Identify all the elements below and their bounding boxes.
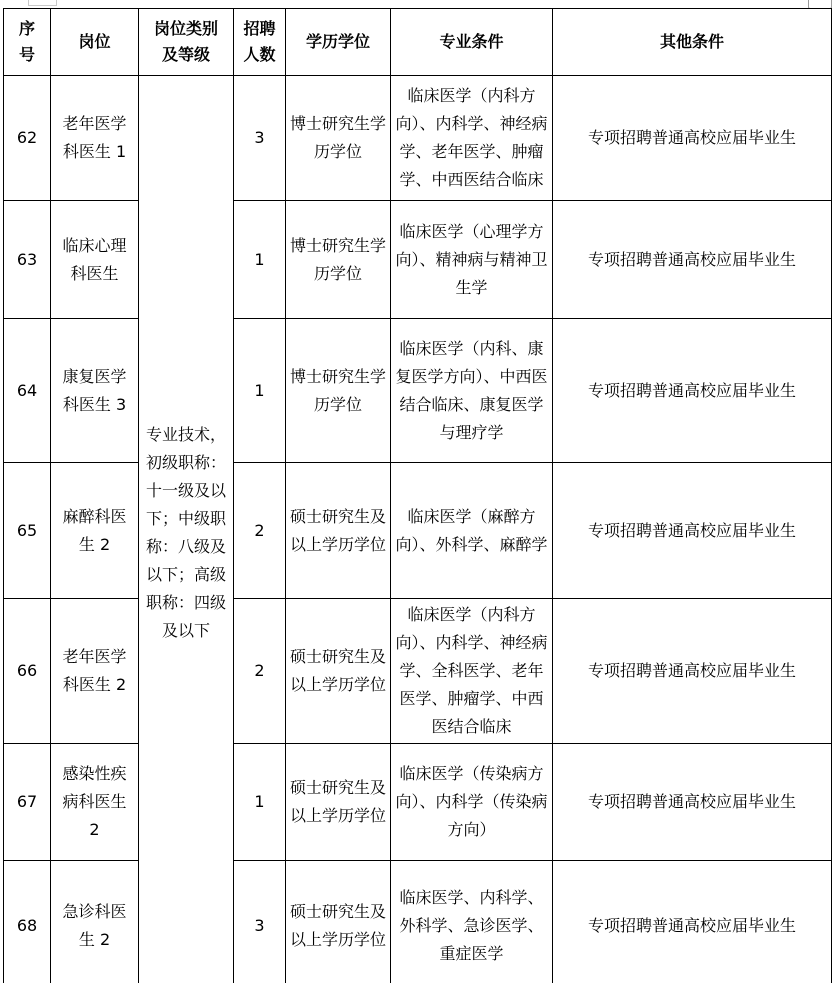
cell-count: 1 — [234, 319, 286, 463]
cell-position: 老年医学科医生 1 — [51, 76, 139, 201]
cell-count: 3 — [234, 861, 286, 983]
cell-other: 专项招聘普通高校应届毕业生 — [553, 463, 832, 599]
page: 序 号 岗位 岗位类别 及等级 招聘 人数 学历学位 专业条件 其他条件 62 … — [0, 0, 834, 983]
cell-count: 3 — [234, 76, 286, 201]
header-category: 岗位类别 及等级 — [139, 9, 234, 76]
table-row: 65 麻醉科医生 2 2 硕士研究生及以上学历学位 临床医学（麻醉方向）、外科学… — [4, 463, 832, 599]
header-row: 序 号 岗位 岗位类别 及等级 招聘 人数 学历学位 专业条件 其他条件 — [4, 9, 832, 76]
cell-position: 康复医学科医生 3 — [51, 319, 139, 463]
cell-other: 专项招聘普通高校应届毕业生 — [553, 861, 832, 983]
cell-major: 临床医学、内科学、外科学、急诊医学、重症医学 — [391, 861, 553, 983]
cell-major: 临床医学（传染病方向）、内科学（传染病方向） — [391, 744, 553, 861]
cell-degree: 硕士研究生及以上学历学位 — [286, 463, 391, 599]
cell-other: 专项招聘普通高校应届毕业生 — [553, 201, 832, 319]
cell-major: 临床医学（麻醉方向）、外科学、麻醉学 — [391, 463, 553, 599]
cell-other: 专项招聘普通高校应届毕业生 — [553, 599, 832, 744]
cell-other: 专项招聘普通高校应届毕业生 — [553, 319, 832, 463]
cropped-cell-artifact-top-left — [28, 0, 57, 6]
cell-position: 急诊科医生 2 — [51, 861, 139, 983]
cell-other: 专项招聘普通高校应届毕业生 — [553, 76, 832, 201]
cell-category-merged: 专业技术，初级职称：十一级及以下；中级职称：八级及以下；高级职称：四级及以下 — [139, 76, 234, 983]
cell-degree: 硕士研究生及以上学历学位 — [286, 599, 391, 744]
table-row: 67 感染性疾病科医生 2 1 硕士研究生及以上学历学位 临床医学（传染病方向）… — [4, 744, 832, 861]
cell-count: 1 — [234, 201, 286, 319]
cell-count: 2 — [234, 599, 286, 744]
header-position: 岗位 — [51, 9, 139, 76]
table-row: 63 临床心理科医生 1 博士研究生学历学位 临床医学（心理学方向）、精神病与精… — [4, 201, 832, 319]
cell-position: 临床心理科医生 — [51, 201, 139, 319]
cell-index: 66 — [4, 599, 51, 744]
header-degree: 学历学位 — [286, 9, 391, 76]
cell-major: 临床医学（内科方向）、内科学、神经病学、老年医学、肿瘤学、中西医结合临床 — [391, 76, 553, 201]
cell-index: 62 — [4, 76, 51, 201]
cell-index: 67 — [4, 744, 51, 861]
table-row: 68 急诊科医生 2 3 硕士研究生及以上学历学位 临床医学、内科学、外科学、急… — [4, 861, 832, 983]
table-row: 66 老年医学科医生 2 2 硕士研究生及以上学历学位 临床医学（内科方向）、内… — [4, 599, 832, 744]
cell-position: 麻醉科医生 2 — [51, 463, 139, 599]
header-major: 专业条件 — [391, 9, 553, 76]
cell-position: 感染性疾病科医生 2 — [51, 744, 139, 861]
cell-degree: 博士研究生学历学位 — [286, 319, 391, 463]
cell-index: 63 — [4, 201, 51, 319]
header-other: 其他条件 — [553, 9, 832, 76]
cell-degree: 博士研究生学历学位 — [286, 76, 391, 201]
cell-position: 老年医学科医生 2 — [51, 599, 139, 744]
recruitment-table: 序 号 岗位 岗位类别 及等级 招聘 人数 学历学位 专业条件 其他条件 62 … — [3, 8, 832, 983]
cell-count: 2 — [234, 463, 286, 599]
cell-count: 1 — [234, 744, 286, 861]
header-index: 序 号 — [4, 9, 51, 76]
cell-major: 临床医学（内科方向）、内科学、神经病学、全科医学、老年医学、肿瘤学、中西医结合临… — [391, 599, 553, 744]
header-count: 招聘 人数 — [234, 9, 286, 76]
cell-degree: 硕士研究生及以上学历学位 — [286, 744, 391, 861]
cell-degree: 博士研究生学历学位 — [286, 201, 391, 319]
cell-index: 65 — [4, 463, 51, 599]
cell-degree: 硕士研究生及以上学历学位 — [286, 861, 391, 983]
cell-index: 68 — [4, 861, 51, 983]
cell-index: 64 — [4, 319, 51, 463]
cell-other: 专项招聘普通高校应届毕业生 — [553, 744, 832, 861]
cell-major: 临床医学（内科、康复医学方向）、中西医结合临床、康复医学与理疗学 — [391, 319, 553, 463]
cell-major: 临床医学（心理学方向）、精神病与精神卫生学 — [391, 201, 553, 319]
table-row: 62 老年医学科医生 1 专业技术，初级职称：十一级及以下；中级职称：八级及以下… — [4, 76, 832, 201]
table-row: 64 康复医学科医生 3 1 博士研究生学历学位 临床医学（内科、康复医学方向）… — [4, 319, 832, 463]
